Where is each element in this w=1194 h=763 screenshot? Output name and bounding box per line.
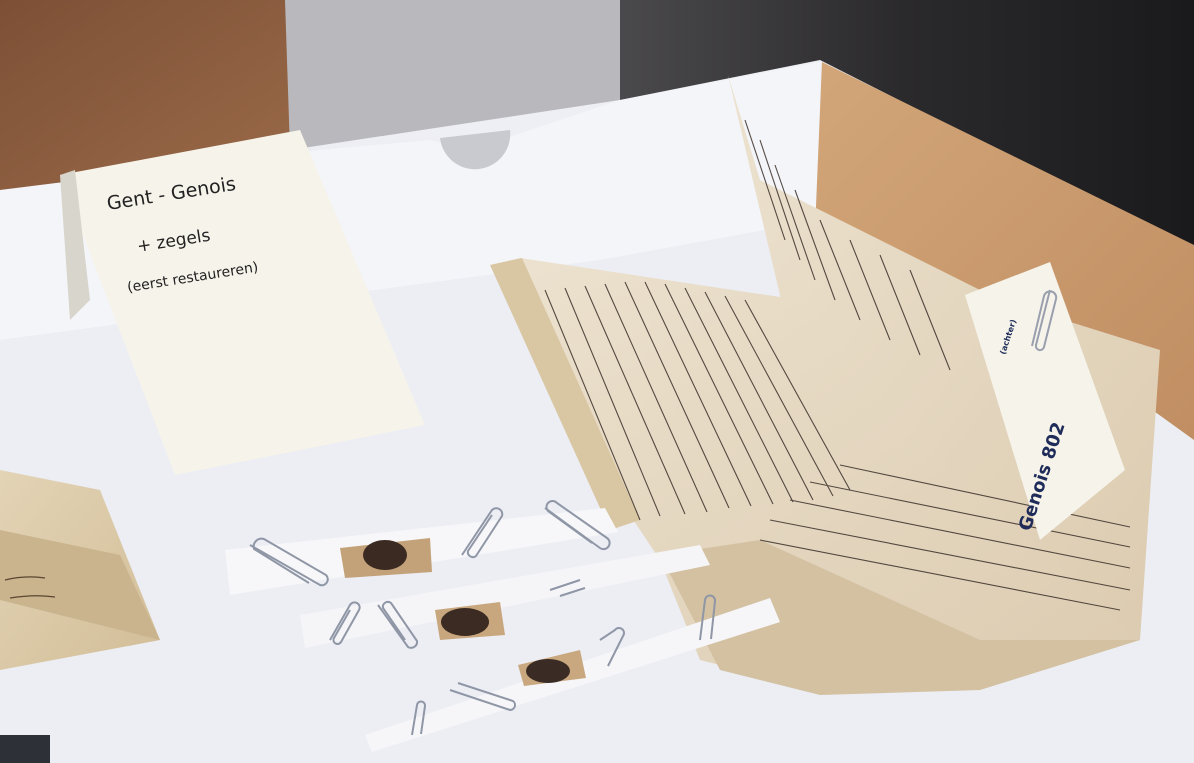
photo-canvas: Gent - Genois + zegels (eerst restaurere… <box>0 0 1194 763</box>
photo-scene: Gent - Genois + zegels (eerst restaurere… <box>0 0 1194 763</box>
